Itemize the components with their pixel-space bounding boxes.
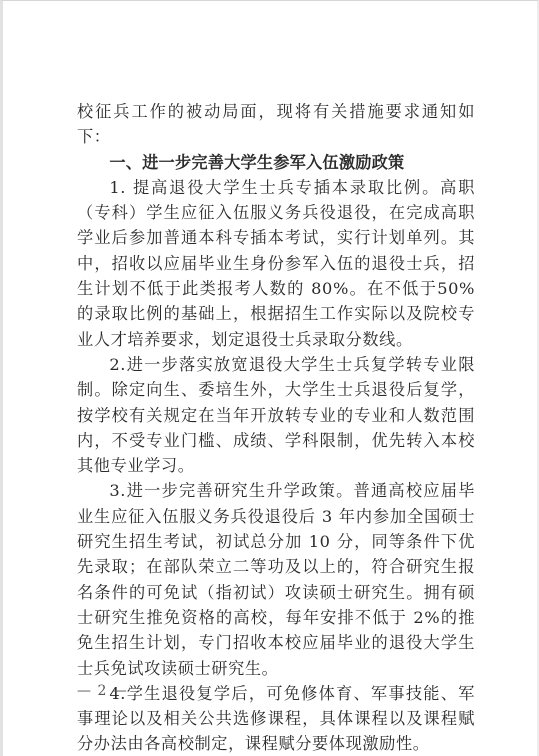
policy-item-3: 3.进一步完善研究生升学政策。普通高校应届毕业生应征入伍服义务兵役退役后 3 年… — [77, 478, 475, 680]
document-page: 校征兵工作的被动局面，现将有关措施要求通知如下： 一、进一步完善大学生参军入伍激… — [0, 0, 539, 756]
continuation-paragraph: 校征兵工作的被动局面，现将有关措施要求通知如下： — [77, 99, 475, 150]
policy-item-1: 1. 提高退役大学生士兵专插本录取比例。高职（专科）学生应征入伍服义务兵役退役，… — [77, 175, 475, 352]
policy-item-2: 2.进一步落实放宽退役大学生士兵复学转专业限制。除定向生、委培生外，大学生士兵退… — [77, 352, 475, 478]
document-body: 校征兵工作的被动局面，现将有关措施要求通知如下： 一、进一步完善大学生参军入伍激… — [77, 99, 475, 756]
section-heading: 一、进一步完善大学生参军入伍激励政策 — [77, 150, 475, 175]
page-number: — 2 — — [77, 683, 128, 699]
policy-item-4: 4.学生退役复学后，可免修体育、军事技能、军事理论以及相关公共选修课程，具体课程… — [77, 681, 475, 756]
